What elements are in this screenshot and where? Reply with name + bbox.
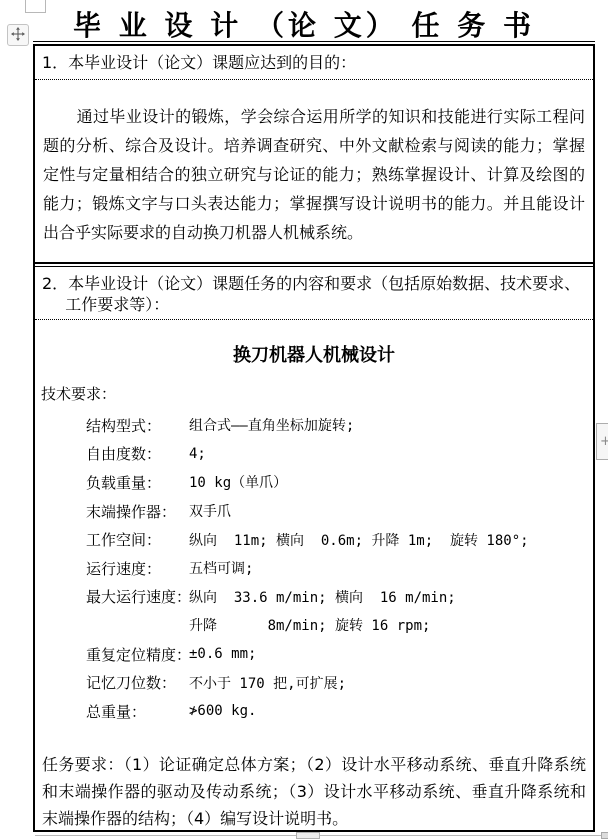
dotted-divider <box>35 79 593 80</box>
page-bottom-edge-line <box>35 835 608 836</box>
section-1-body: 通过毕业设计的锻炼，学会综合运用所学的知识和技能进行实际工程问题的分析、综合及设… <box>43 102 585 247</box>
spec-value: ≯600 kg. <box>189 703 256 719</box>
tech-requirements-label: 技术要求： <box>41 384 587 405</box>
spec-row-degrees-of-freedom: 自由度数： 4; <box>86 440 587 469</box>
spec-label: 重复定位精度： <box>86 644 189 665</box>
section-2-heading: 2．本毕业设计（论文）课题任务的内容和要求（包括原始数据、技术要求、工作要求等）… <box>42 267 586 315</box>
spec-row-end-effector: 末端操作器： 双手爪 <box>86 497 587 526</box>
spec-row-max-speed-cont: 升降 8m/min; 旋转 16 rpm; <box>86 611 587 640</box>
spec-row-structure-type: 结构型式： 组合式——直角坐标加旋转; <box>86 411 587 440</box>
spec-value: 4; <box>189 446 206 462</box>
project-title: 换刀机器人机械设计 <box>41 344 587 368</box>
spec-label: 总重量： <box>86 701 189 722</box>
section-1-cell: 1．本毕业设计（论文）课题应达到的目的： 通过毕业设计的锻炼，学会综合运用所学的… <box>35 46 593 262</box>
spec-value: 纵向 33.6 m/min; 横向 16 m/min; <box>189 587 456 607</box>
spec-row-load-weight: 负载重量： 10 kg（单爪） <box>86 468 587 497</box>
spec-value: 组合式——直角坐标加旋转; <box>189 415 354 435</box>
spec-label: 运行速度： <box>86 558 189 579</box>
spec-row-repeat-accuracy: 重复定位精度： ±0.6 mm; <box>86 640 587 669</box>
spec-row-tool-positions: 记忆刀位数： 不小于 170 把,可扩展; <box>86 668 587 697</box>
spec-label: 最大运行速度： <box>86 586 189 607</box>
page-title: 毕 业 设 计 （论 文） 任 务 书 <box>0 4 608 44</box>
spec-value: 双手爪 <box>189 501 231 521</box>
spec-value: 不小于 170 把,可扩展; <box>189 673 346 693</box>
dotted-divider <box>35 319 593 320</box>
spec-row-speed: 运行速度： 五档可调; <box>86 554 587 583</box>
word-document-page: { "ui": { "icons": { "move_handle": "mov… <box>0 0 608 839</box>
task-requirements: 任务要求：（1）论证确定总体方案；（2）设计水平移动系统、垂直升降系统和末端操作… <box>42 751 586 829</box>
section-1-heading: 1．本毕业设计（论文）课题应达到的目的： <box>42 46 586 73</box>
spec-label: 记忆刀位数： <box>86 672 189 693</box>
section-2-cell: 2．本毕业设计（论文）课题任务的内容和要求（包括原始数据、技术要求、工作要求等）… <box>35 267 593 829</box>
plus-icon: + <box>600 434 608 449</box>
spec-label: 末端操作器： <box>86 501 189 522</box>
spec-value: 10 kg（单爪） <box>189 472 287 492</box>
spec-row-max-speed: 最大运行速度： 纵向 33.6 m/min; 横向 16 m/min; <box>86 583 587 612</box>
spec-label: 工作空间： <box>86 529 189 550</box>
page-bottom-tab-fragment <box>296 832 320 839</box>
spec-value: 纵向 11m; 横向 0.6m; 升降 1m; 旋转 180°; <box>189 530 529 550</box>
spec-label: 负载重量： <box>86 472 189 493</box>
spec-row-workspace: 工作空间： 纵向 11m; 横向 0.6m; 升降 1m; 旋转 180°; <box>86 525 587 554</box>
spec-label: 结构型式： <box>86 415 189 436</box>
bottom-right-corner-fragment <box>601 832 608 839</box>
spec-value: ±0.6 mm; <box>189 646 256 662</box>
spec-label: 自由度数： <box>86 443 189 464</box>
spec-value: 升降 8m/min; 旋转 16 rpm; <box>189 615 430 635</box>
spec-row-total-weight: 总重量： ≯600 kg. <box>86 697 587 726</box>
right-edge-partial-button[interactable]: + <box>596 423 608 460</box>
task-book-table: 1．本毕业设计（论文）课题应达到的目的： 通过毕业设计的锻炼，学会综合运用所学的… <box>33 44 595 832</box>
spec-list: 结构型式： 组合式——直角坐标加旋转; 自由度数： 4; 负载重量： 10 kg… <box>41 411 587 726</box>
spec-value: 五档可调; <box>189 558 253 578</box>
